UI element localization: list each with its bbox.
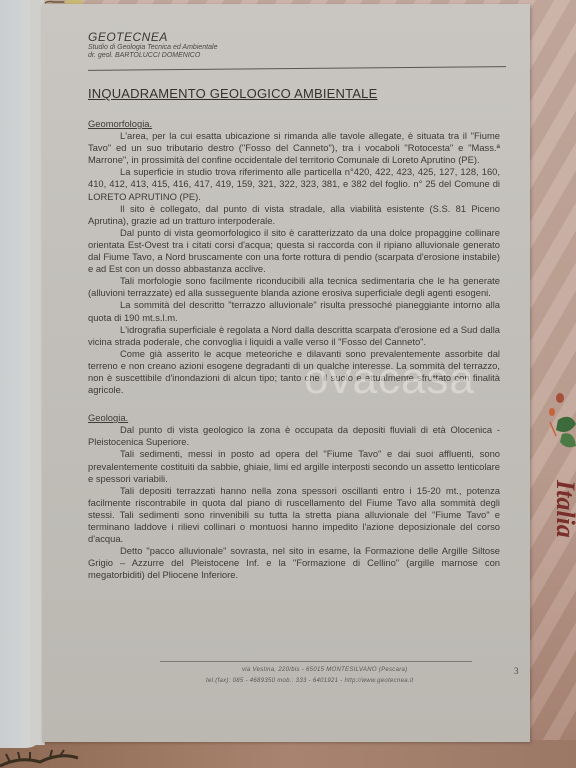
- table-edge: [0, 740, 576, 768]
- fern-print-icon: [0, 748, 80, 768]
- paragraph: L'idrografia superficiale è regolata a N…: [88, 324, 500, 348]
- author-name: dr. geol. BARTOLUCCI DOMENICO: [88, 52, 508, 60]
- footer-divider: [160, 661, 472, 662]
- letterhead: GEOTECNEA Studio di Geologia Tecnica ed …: [88, 30, 508, 60]
- background-print-text: Italia: [550, 480, 576, 560]
- document-page: GEOTECNEA Studio di Geologia Tecnica ed …: [42, 4, 530, 742]
- paragraph: La superficie in studio trova riferiment…: [88, 166, 500, 202]
- paragraph: L'area, per la cui esatta ubicazione si …: [88, 130, 500, 166]
- paragraph: Tali morfologie sono facilmente riconduc…: [88, 275, 500, 299]
- flower-print-icon: [548, 390, 576, 470]
- section-heading-geologia: Geologia.: [88, 412, 500, 424]
- watermark: ovacasa: [304, 354, 475, 404]
- footer-contacts: tel.(fax): 085 - 4689350 mob.: 333 - 640…: [206, 678, 413, 684]
- page-title: INQUADRAMENTO GEOLOGICO AMBIENTALE: [88, 86, 377, 101]
- paragraph: Dal punto di vista geologico la zona è o…: [88, 424, 500, 448]
- paragraph: Tali sedimenti, messi in posto ad opera …: [88, 448, 500, 484]
- paragraph: La sommità del descritto "terrazzo alluv…: [88, 299, 500, 323]
- company-name: GEOTECNEA: [88, 30, 508, 44]
- footer-address: via Vestina, 220/bis - 65015 MONTESILVAN…: [242, 667, 407, 673]
- paragraph: Dal punto di vista geomorfologico il sit…: [88, 227, 500, 275]
- page-number: 3: [514, 666, 519, 676]
- header-divider: [88, 66, 506, 71]
- company-subtitle: Studio di Geologia Tecnica ed Ambientale: [88, 44, 508, 52]
- paragraph: Il sito è collegato, dal punto di vista …: [88, 203, 500, 227]
- section-heading-geomorfologia: Geomorfologia.: [88, 118, 500, 130]
- paragraph: Tali depositi terrazzati hanno nella zon…: [88, 485, 500, 545]
- document-body: Geomorfologia. L'area, per la cui esatta…: [88, 118, 500, 581]
- paragraph: Detto "pacco alluvionale" sovrasta, nel …: [88, 545, 500, 581]
